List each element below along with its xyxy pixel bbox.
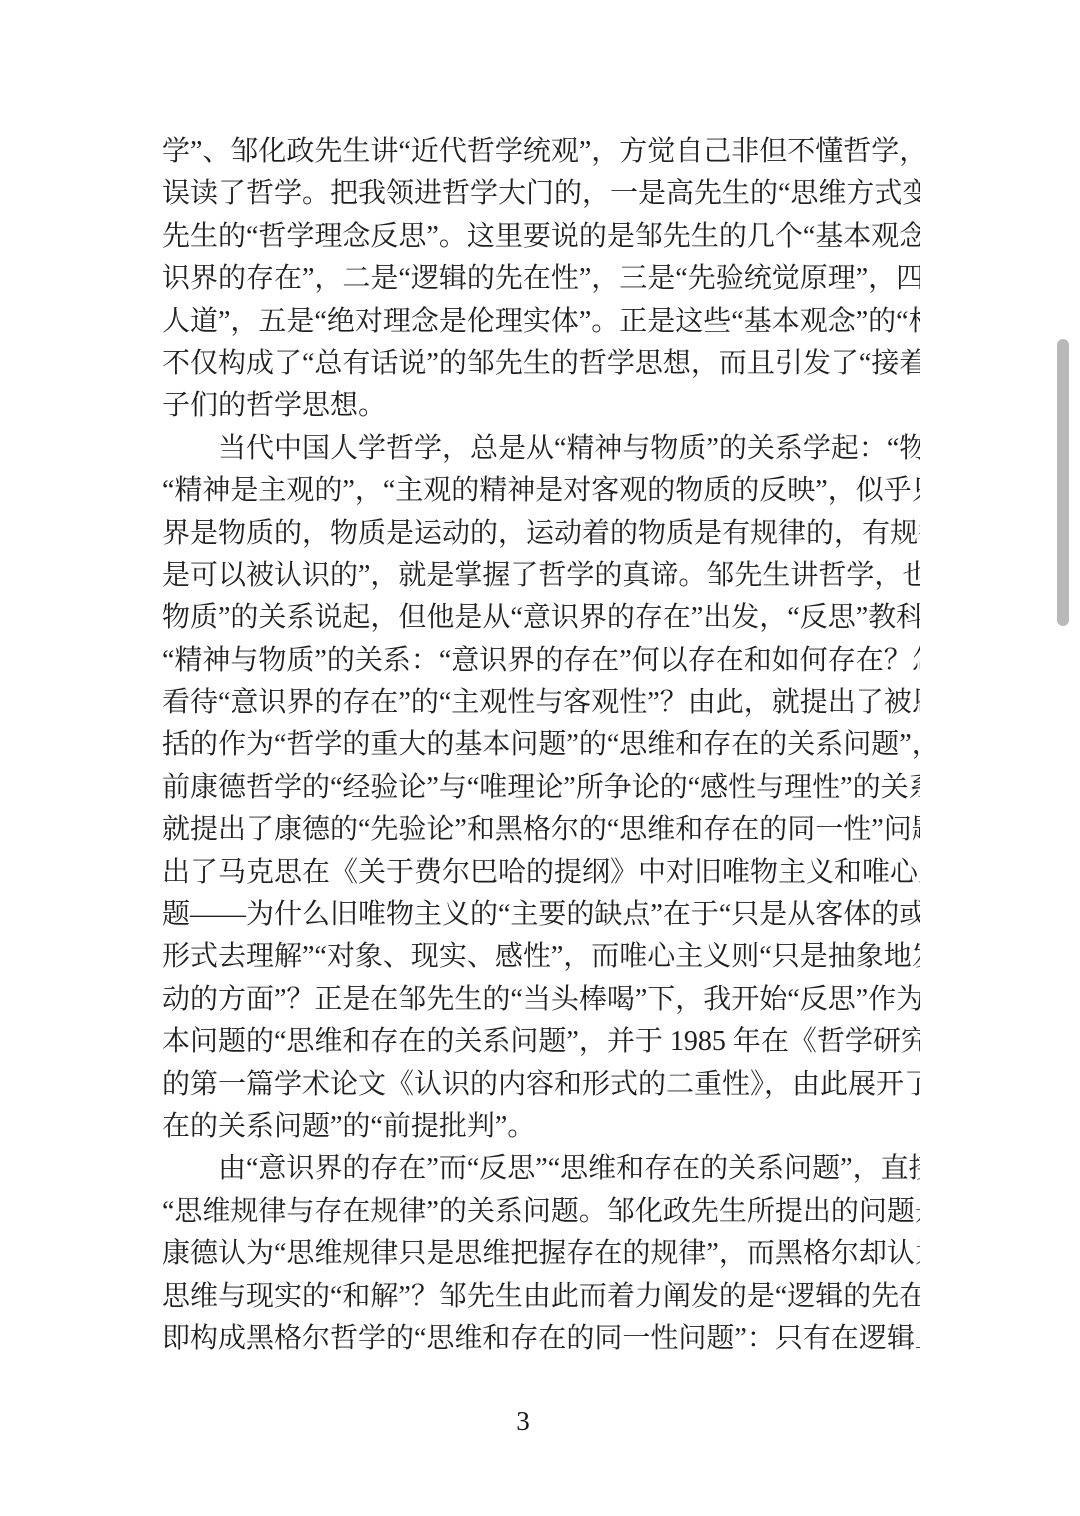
scrollbar-thumb[interactable]: [1057, 339, 1069, 626]
text-line: 学”、邹化政先生讲“近代哲学统观”，方觉自己非但不懂哲学，而且直接的: [162, 131, 920, 173]
page-text: 学”、邹化政先生讲“近代哲学统观”，方觉自己非但不懂哲学，而且直接的误读了哲学。…: [162, 131, 920, 1360]
text-line: 误读了哲学。把我领进哲学大门的，一是高先生的“思维方式变革”，一是邹: [162, 173, 920, 215]
text-line: 括的作为“哲学的重大的基本问题”的“思维和存在的关系问题”，就提出了: [162, 724, 920, 766]
paragraph: 当代中国人学哲学，总是从“精神与物质”的关系学起：“物质是客观的”，“精神是主观…: [162, 428, 920, 1149]
text-line: 即构成黑格尔哲学的“思维和存在的同一性问题”：只有在逻辑上承认思维和: [162, 1318, 920, 1360]
text-line: 本问题的“思维和存在的关系问题”，并于 1985 年在《哲学研究》发表了我: [162, 1021, 920, 1063]
text-line: 思维与现实的“和解”？邹先生由此而着力阐发的是“逻辑的先在性”问题，: [162, 1276, 920, 1318]
text-line: 出了马克思在《关于费尔巴哈的提纲》中对旧唯物主义和唯心主义的批评问: [162, 852, 920, 894]
text-line: 康德认为“思维规律只是思维把握存在的规律”，而黑格尔却认为思维规律是: [162, 1233, 920, 1275]
text-line: 形式去理解”“对象、现实、感性”，而唯心主义则“只是抽象地发展了”“能: [162, 936, 920, 978]
text-line: 子们的哲学思想。: [162, 385, 920, 427]
text-line: 界是物质的，物质是运动的，运动着的物质是有规律的，有规律的物质运动: [162, 513, 920, 555]
text-line: 人道”，五是“绝对理念是伦理实体”。正是这些“基本观念”的“相互规定”，: [162, 301, 920, 343]
text-line: 由“意识界的存在”而“反思”“思维和存在的关系问题”，直接引发出: [162, 1148, 920, 1190]
paragraph: 由“意识界的存在”而“反思”“思维和存在的关系问题”，直接引发出“思维规律与存在…: [162, 1148, 920, 1360]
text-line: 前康德哲学的“经验论”与“唯理论”所争论的“感性与理性”的关系问题，: [162, 767, 920, 809]
text-line: 的第一篇学术论文《认识的内容和形式的二重性》，由此展开了对“思维和存: [162, 1064, 920, 1106]
text-line: 是可以被认识的”，就是掌握了哲学的真谛。邹先生讲哲学，也是从“精神与: [162, 555, 920, 597]
document-page: 学”、邹化政先生讲“近代哲学统观”，方觉自己非但不懂哲学，而且直接的误读了哲学。…: [0, 0, 1080, 1516]
text-line: 就提出了康德的“先验论”和黑格尔的“思维和存在的同一性”问题，就提: [162, 809, 920, 851]
page-number: 3: [144, 1406, 902, 1437]
text-line: 不仅构成了“总有话说”的邹先生的哲学思想，而且引发了“接着说”的弟: [162, 343, 920, 385]
text-line: “精神是主观的”，“主观的精神是对客观的物质的反映”，似乎只要记住“世: [162, 470, 920, 512]
text-line: 题——为什么旧唯物主义的“主要的缺点”在于“只是从客体的或者直观的: [162, 894, 920, 936]
paragraph: 学”、邹化政先生讲“近代哲学统观”，方觉自己非但不懂哲学，而且直接的误读了哲学。…: [162, 131, 920, 428]
text-line: 动的方面”？正是在邹先生的“当头棒喝”下，我开始“反思”作为哲学基: [162, 979, 920, 1021]
text-line: 物质”的关系说起，但他是从“意识界的存在”出发，“反思”教科书所说的: [162, 597, 920, 639]
text-line: 当代中国人学哲学，总是从“精神与物质”的关系学起：“物质是客观的”，: [162, 428, 920, 470]
text-line: 先生的“哲学理念反思”。这里要说的是邹先生的几个“基本观念”：一是“意: [162, 216, 920, 258]
text-line: 识界的存在”，二是“逻辑的先在性”，三是“先验统觉原理”，四是“天道即: [162, 258, 920, 300]
text-line: 看待“意识界的存在”的“主观性与客观性”？由此，就提出了被恩格斯概: [162, 682, 920, 724]
text-line: 在的关系问题”的“前提批判”。: [162, 1106, 920, 1148]
text-line: “精神与物质”的关系：“意识界的存在”何以存在和如何存在？怎样理解和: [162, 640, 920, 682]
text-line: “思维规律与存在规律”的关系问题。邹化政先生所提出的问题是：为什么: [162, 1191, 920, 1233]
